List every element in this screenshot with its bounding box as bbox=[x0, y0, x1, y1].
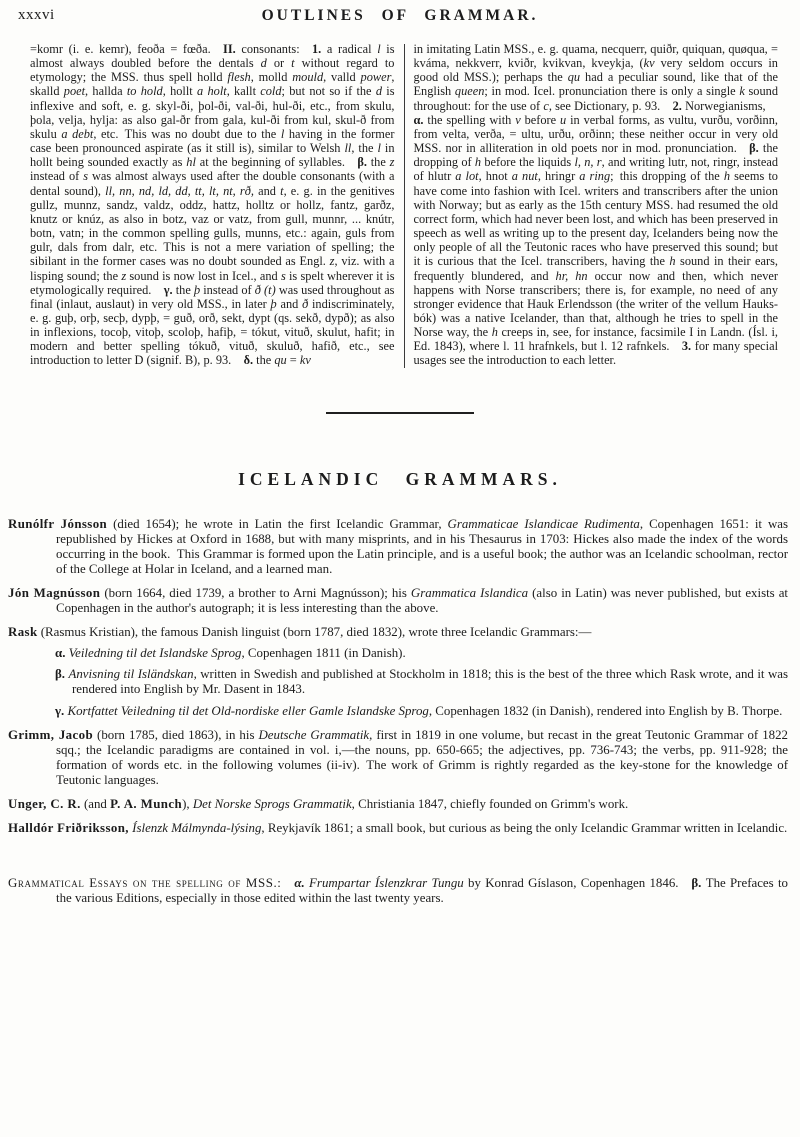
entry-rask: Rask (Rasmus Kristian), the famous Danis… bbox=[8, 625, 788, 640]
grammar-entries: Runólfr Jónsson (died 1654); he wrote in… bbox=[8, 517, 788, 907]
page-number: xxxvi bbox=[18, 7, 55, 24]
right-column: in imitating Latin MSS., e. g. quama, ne… bbox=[405, 42, 779, 368]
entry-halldor-fridriksson: Halldór Friðriksson, Íslenzk Málmynda-lý… bbox=[8, 821, 788, 836]
entry-grimm: Grimm, Jacob (born 1785, died 1863), in … bbox=[8, 728, 788, 788]
left-column: =komr (i. e. kemr), feoða = fœða. II. co… bbox=[30, 42, 404, 368]
entry-runolfr-jonsson: Runólfr Jónsson (died 1654); he wrote in… bbox=[8, 517, 788, 577]
book-page: xxxvi OUTLINES OF GRAMMAR. =komr (i. e. … bbox=[0, 0, 800, 1137]
entry-rask-item-alpha: α. Veiledning til det Islandske Sprog, C… bbox=[8, 646, 788, 661]
two-column-text: =komr (i. e. kemr), feoða = fœða. II. co… bbox=[30, 42, 778, 368]
entry-grammatical-essays: Grammatical Essays on the spelling of MS… bbox=[8, 876, 788, 906]
entry-jon-magnusson: Jón Magnússon (born 1664, died 1739, a b… bbox=[8, 586, 788, 616]
running-title: OUTLINES OF GRAMMAR. bbox=[0, 0, 800, 25]
entry-rask-item-beta: β. Anvisning til Isländskan, written in … bbox=[8, 667, 788, 697]
section-divider-rule bbox=[326, 412, 474, 414]
section-heading: ICELANDIC GRAMMARS. bbox=[0, 469, 800, 490]
page-header: xxxvi OUTLINES OF GRAMMAR. bbox=[0, 0, 800, 30]
entry-unger-munch: Unger, C. R. (and P. A. Munch), Det Nors… bbox=[8, 797, 788, 812]
entry-rask-item-gamma: γ. Kortfattet Veiledning til det Old-nor… bbox=[8, 704, 788, 719]
